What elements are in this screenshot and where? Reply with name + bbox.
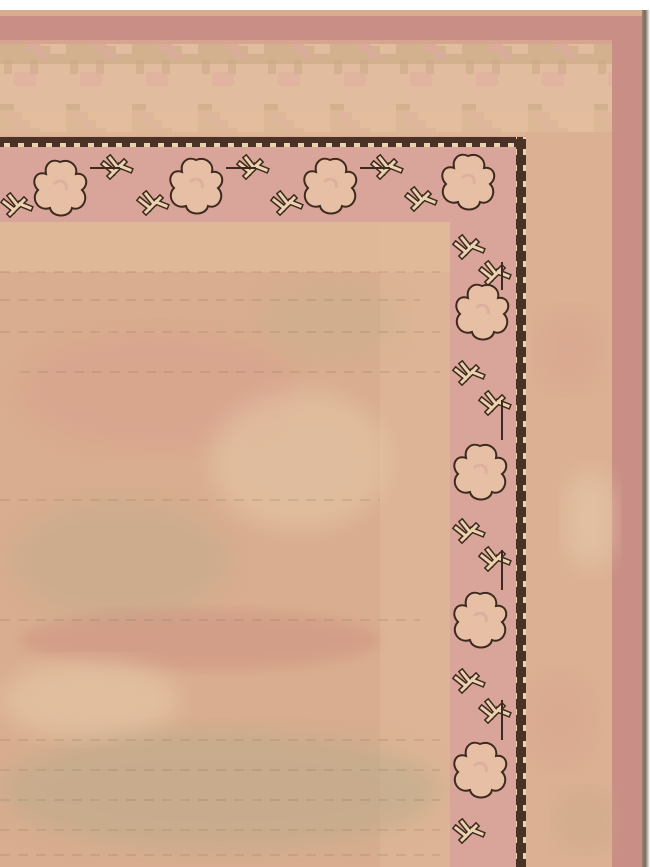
rug-side-binding (642, 10, 650, 867)
rug-artwork (0, 10, 642, 867)
rug-photo (0, 10, 642, 867)
